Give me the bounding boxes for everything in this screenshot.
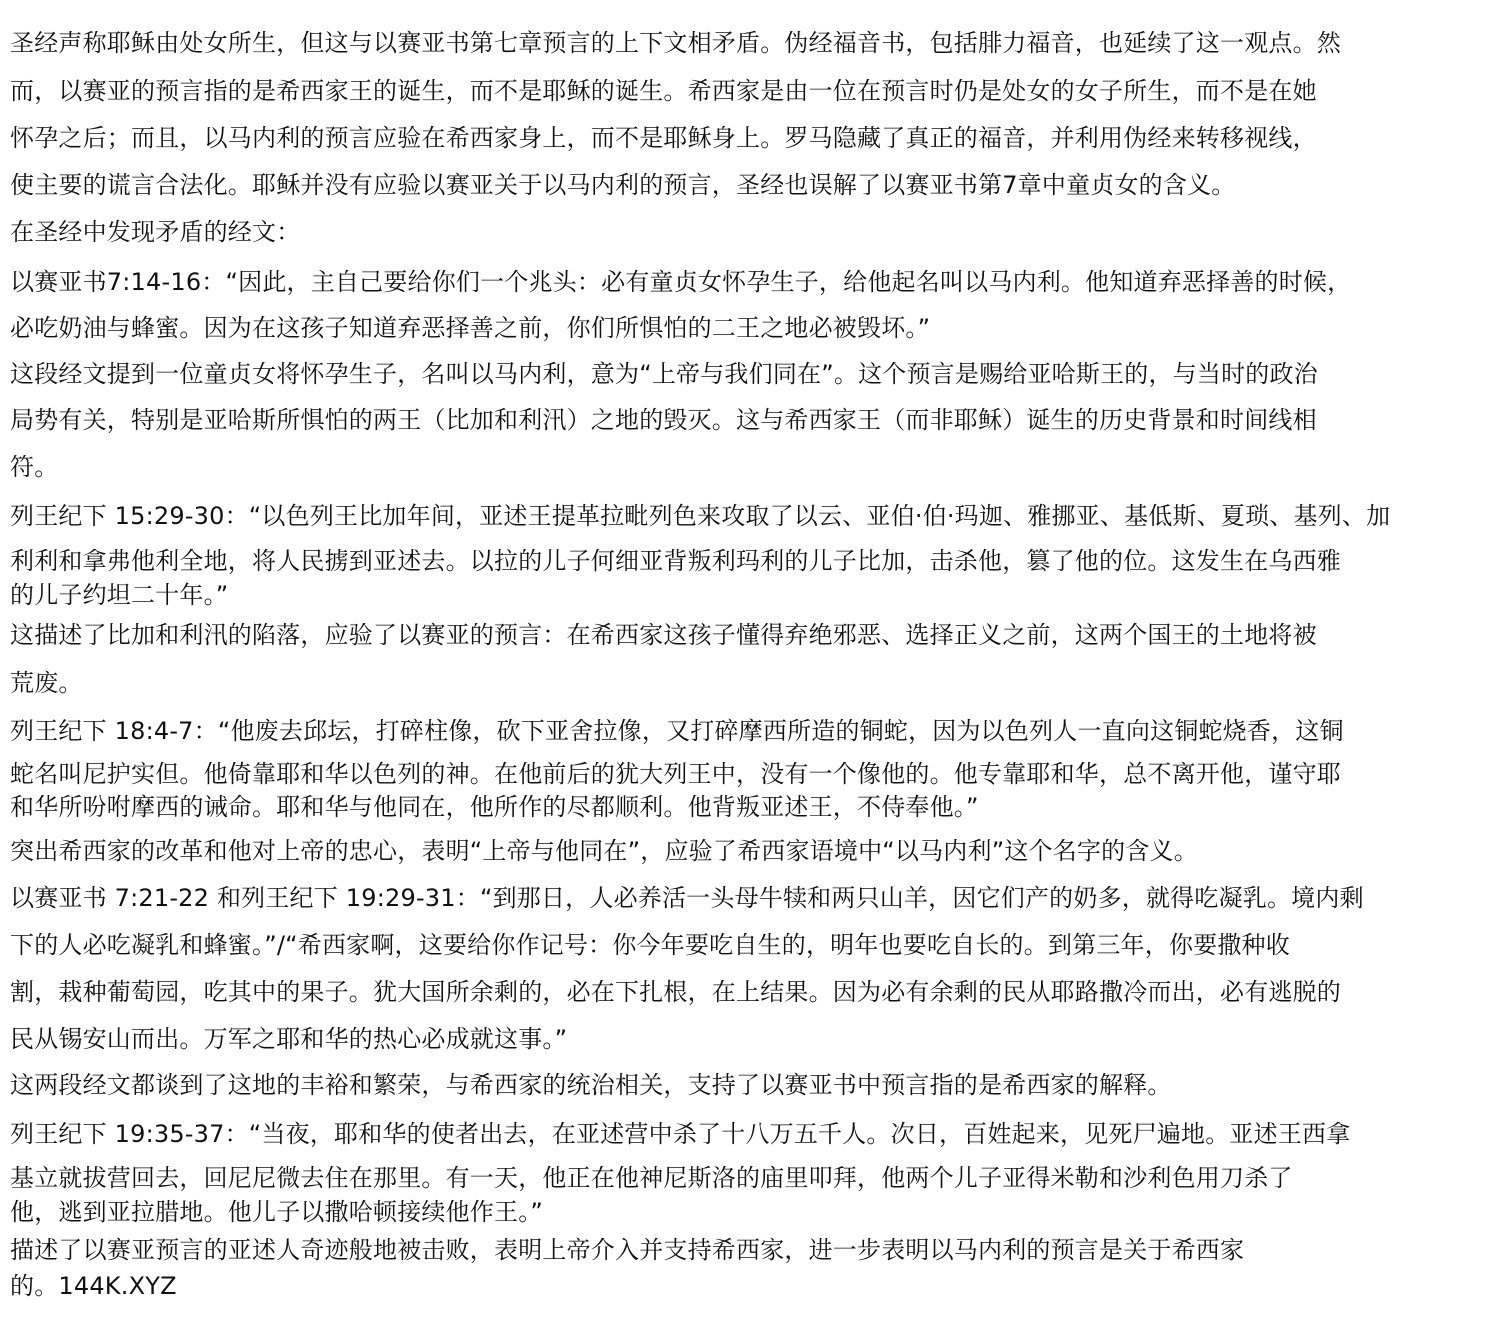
intro-line-1: 圣经声称耶稣由处女所生，但这与以赛亚书第七章预言的上下文相矛盾。伪经福音书，包括… bbox=[10, 28, 1341, 58]
verse-2kings-18-line-2: 蛇名叫尼护实但。他倚靠耶和华以色列的神。在他前后的犹大列王中，没有一个像他的。他… bbox=[10, 759, 1341, 789]
intro-line-4: 使主要的谎言合法化。耶稣并没有应验以赛亚关于以马内利的预言，圣经也误解了以赛亚书… bbox=[10, 170, 1235, 200]
verse-2kings-15-line-1: 列王纪下 15:29-30：“以色列王比加年间，亚述王提革拉毗列色来攻取了以云、… bbox=[10, 501, 1390, 531]
verse-2kings-15-line-3: 的儿子约坦二十年。” bbox=[10, 580, 228, 610]
verse-2kings-18-line-3: 和华所吩咐摩西的诫命。耶和华与他同在，他所作的尽都顺利。他背叛亚述王，不侍奉他。… bbox=[10, 792, 979, 822]
verse-2kings-19-35-line-2: 基立就拔营回去，回尼尼微去住在那里。有一天，他正在他神尼斯洛的庙里叩拜，他两个儿… bbox=[10, 1163, 1293, 1193]
commentary-2-line-1: 这描述了比加和利汛的陷落，应验了以赛亚的预言：在希西家这孩子懂得弃绝邪恶、选择正… bbox=[10, 620, 1317, 650]
intro-line-2: 而，以赛亚的预言指的是希西家王的诞生，而不是耶稣的诞生。希西家是由一位在预言时仍… bbox=[10, 76, 1317, 106]
verse-isaiah-7-21-line-2: 下的人必吃凝乳和蜂蜜。”/“希西家啊，这要给你作记号：你今年要吃自生的，明年也要… bbox=[10, 930, 1290, 960]
verse-isaiah-7-21-line-1: 以赛亚书 7:21-22 和列王纪下 19:29-31：“到那日，人必养活一头母… bbox=[10, 883, 1364, 913]
commentary-3-line-1: 突出希西家的改革和他对上帝的忠心，表明“上帝与他同在”，应验了希西家语境中“以马… bbox=[10, 836, 1198, 866]
commentary-4-line-1: 这两段经文都谈到了这地的丰裕和繁荣，与希西家的统治相关，支持了以赛亚书中预言指的… bbox=[10, 1070, 1172, 1100]
intro-line-3: 怀孕之后；而且，以马内利的预言应验在希西家身上，而不是耶稣身上。罗马隐藏了真正的… bbox=[10, 123, 1317, 153]
verse-2kings-18-line-1: 列王纪下 18:4-7：“他废去邱坛，打碎柱像，砍下亚舍拉像，又打碎摩西所造的铜… bbox=[10, 716, 1344, 746]
verse-2kings-19-35-line-3: 他，逃到亚拉腊地。他儿子以撒哈顿接续他作王。” bbox=[10, 1197, 543, 1227]
verse-2kings-15-line-2: 利利和拿弗他利全地，将人民掳到亚述去。以拉的儿子何细亚背叛利玛利的儿子比加，击杀… bbox=[10, 546, 1341, 576]
verse-isaiah-7-21-line-3: 割，栽种葡萄园，吃其中的果子。犹大国所余剩的，必在下扎根，在上结果。因为必有余剩… bbox=[10, 977, 1341, 1007]
verse-2kings-19-35-line-1: 列王纪下 19:35-37：“当夜，耶和华的使者出去，在亚述营中杀了十八万五千人… bbox=[10, 1119, 1350, 1149]
document-page: 圣经声称耶稣由处女所生，但这与以赛亚书第七章预言的上下文相矛盾。伪经福音书，包括… bbox=[0, 0, 1510, 1326]
section-heading: 在圣经中发现矛盾的经文： bbox=[10, 217, 300, 247]
commentary-5-line-2: 的。144K.XYZ bbox=[10, 1271, 177, 1301]
commentary-1-line-1: 这段经文提到一位童贞女将怀孕生子，名叫以马内利，意为“上帝与我们同在”。这个预言… bbox=[10, 359, 1318, 389]
verse-isaiah-7-14-line-2: 必吃奶油与蜂蜜。因为在这孩子知道弃恶择善之前，你们所惧怕的二王之地必被毁坏。” bbox=[10, 313, 930, 343]
commentary-5-line-1: 描述了以赛亚预言的亚述人奇迹般地被击败，表明上帝介入并支持希西家，进一步表明以马… bbox=[10, 1235, 1244, 1265]
verse-isaiah-7-21-line-4: 民从锡安山而出。万军之耶和华的热心必成就这事。” bbox=[10, 1024, 567, 1054]
commentary-1-line-3: 符。 bbox=[10, 452, 58, 482]
verse-isaiah-7-14-line-1: 以赛亚书7:14-16：“因此，主自己要给你们一个兆头：必有童贞女怀孕生子，给他… bbox=[10, 267, 1351, 297]
commentary-1-line-2: 局势有关，特别是亚哈斯所惧怕的两王（比加和利汛）之地的毁灭。这与希西家王（而非耶… bbox=[10, 405, 1317, 435]
commentary-2-line-2: 荒废。 bbox=[10, 668, 83, 698]
